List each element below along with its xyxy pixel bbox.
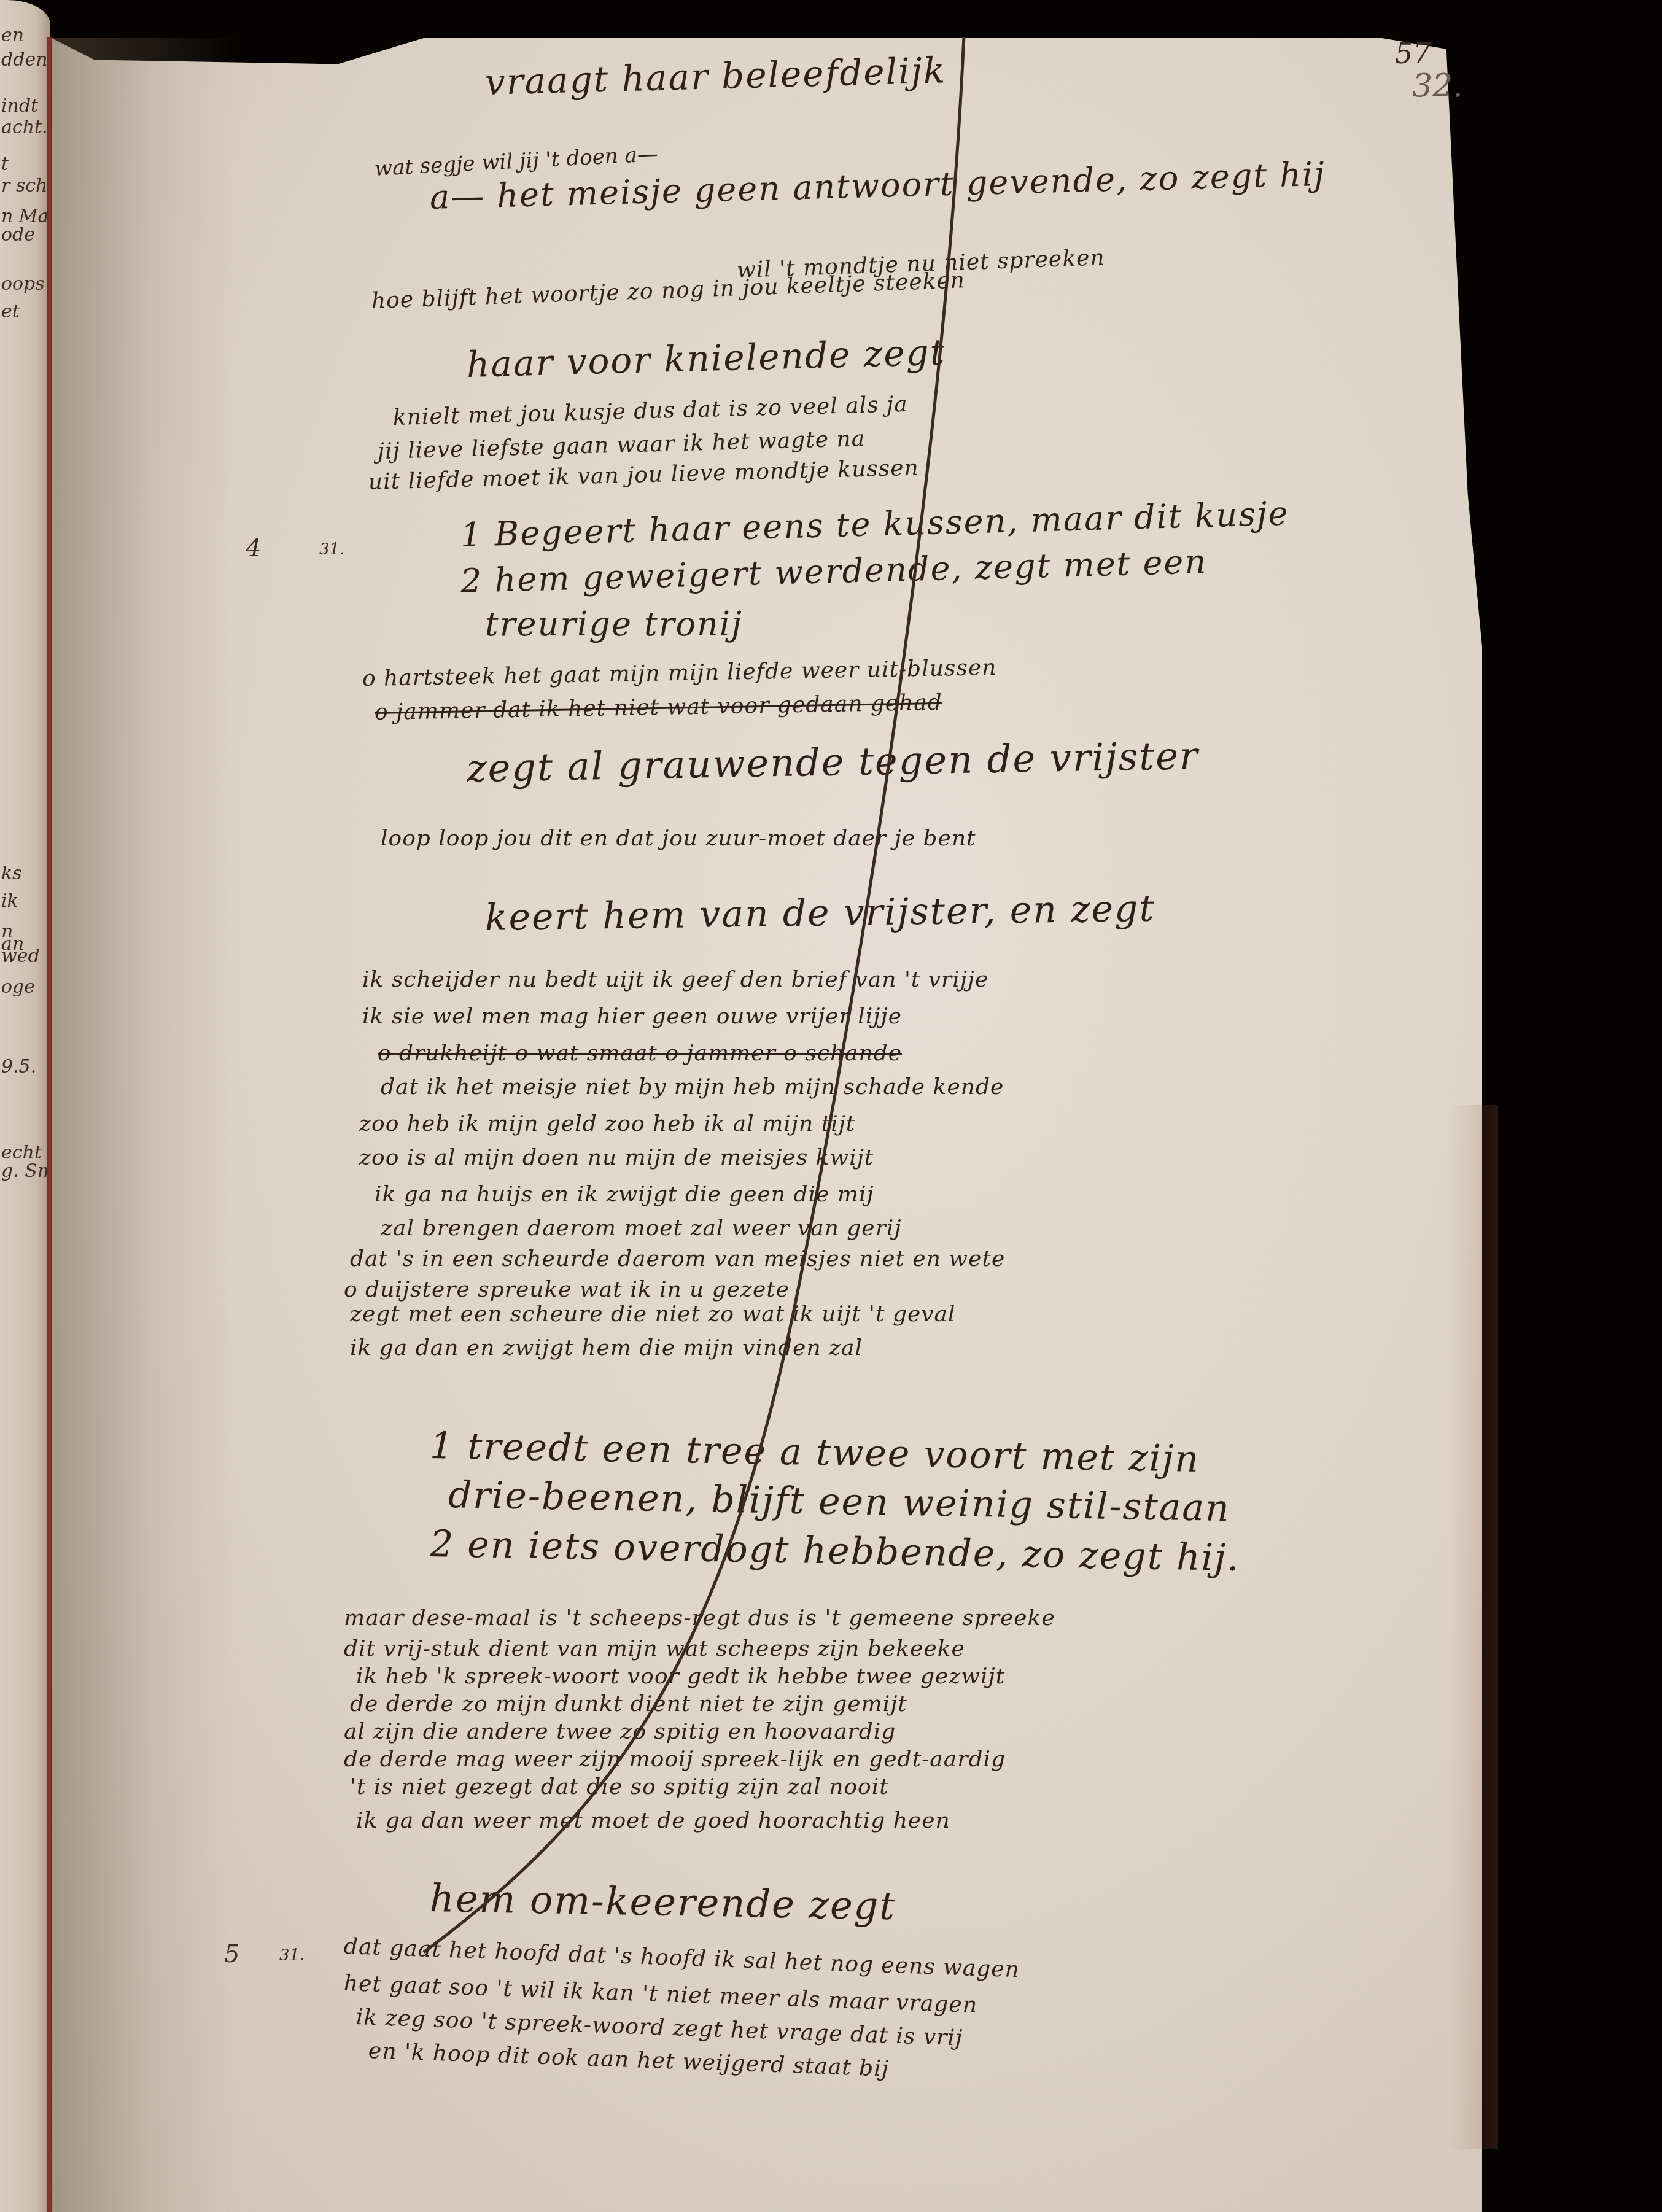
- speech-line: dit vrij-stuk dient van mijn wat scheeps…: [344, 1636, 965, 1661]
- page-edge-stain: [1449, 1105, 1498, 2149]
- speech-line: ik ga dan weer met moet de goed hooracht…: [356, 1808, 950, 1833]
- stage-direction: hem om-keerende zegt: [429, 1876, 896, 1928]
- facing-page-fragment: acht.: [1, 117, 49, 138]
- margin-number-sub: 31.: [279, 1946, 305, 1965]
- speech-line: al zijn die andere twee zo spitig en hoo…: [344, 1719, 896, 1744]
- stage-direction: treurige tronij: [485, 605, 743, 643]
- speech-line: ik sie wel men mag hier geen ouwe vrijer…: [362, 1004, 902, 1029]
- speech-line: o duijstere spreuke wat ik in u gezete: [344, 1277, 790, 1302]
- speech-line: dat ik het meisje niet by mijn heb mijn …: [381, 1074, 1004, 1100]
- facing-page-fragment: ks: [1, 863, 49, 884]
- speech-line: de derde mag weer zijn mooij spreek-lijk…: [344, 1747, 1006, 1772]
- facing-page-fragment: oops: [1, 273, 49, 295]
- margin-number: 4: [246, 534, 261, 562]
- facing-page-fragment: et: [1, 301, 49, 322]
- folio-number-top: 57: [1395, 37, 1431, 70]
- facing-page-fragment: ik: [1, 890, 49, 912]
- margin-number-sub: 31.: [319, 540, 344, 559]
- folio-number-bottom: 32.: [1412, 68, 1463, 104]
- speech-line: zoo heb ik mijn geld zoo heb ik al mijn …: [359, 1111, 855, 1136]
- speech-line: ik ga na huijs en ik zwijgt die geen die…: [375, 1182, 874, 1207]
- facing-page-fragment: g. Smet: [1, 1160, 49, 1182]
- speech-line: ik scheijder nu bedt uijt ik geef den br…: [362, 967, 988, 992]
- facing-page-fragment: indt: [1, 95, 49, 117]
- facing-page-fragment: t: [1, 153, 49, 175]
- speech-line: ik heb 'k spreek-woort voor gedt ik hebb…: [356, 1664, 1005, 1689]
- speech-line: ik ga dan en zwijgt hem die mijn vinden …: [350, 1335, 863, 1360]
- facing-page-fragment: wed: [1, 945, 49, 967]
- speech-line: zegt met een scheure die niet zo wat ik …: [350, 1302, 956, 1327]
- facing-page-fragment: en: [1, 25, 49, 46]
- speech-line: zoo is al mijn doen nu mijn de meisjes k…: [359, 1145, 874, 1170]
- speech-line: 't is niet gezegt dat die so spitig zijn…: [350, 1774, 889, 1799]
- facing-page-fragment: dden: [1, 49, 49, 71]
- facing-page-fragment: 9.5.: [1, 1056, 49, 1077]
- margin-number: 5: [224, 1940, 239, 1968]
- speech-line: dat 's in een scheurde daerom van meisje…: [350, 1246, 1005, 1271]
- facing-page-left: en dden indt acht. t r schan n Ma ode oo…: [0, 0, 50, 2212]
- speech-line: loop loop jou dit en dat jou zuur-moet d…: [381, 826, 976, 851]
- speech-line: maar dese-maal is 't scheeps-regt dus is…: [344, 1605, 1055, 1631]
- speech-line: zal brengen daerom moet zal weer van ger…: [381, 1216, 902, 1241]
- facing-page-fragment: ode: [1, 224, 49, 246]
- speech-line: de derde zo mijn dunkt dient niet te zij…: [350, 1691, 907, 1717]
- facing-page-fragment: oge: [1, 976, 49, 998]
- facing-page-fragment: r schan: [1, 175, 49, 196]
- speech-line: o drukheijt o wat smaat o jammer o schan…: [378, 1041, 902, 1066]
